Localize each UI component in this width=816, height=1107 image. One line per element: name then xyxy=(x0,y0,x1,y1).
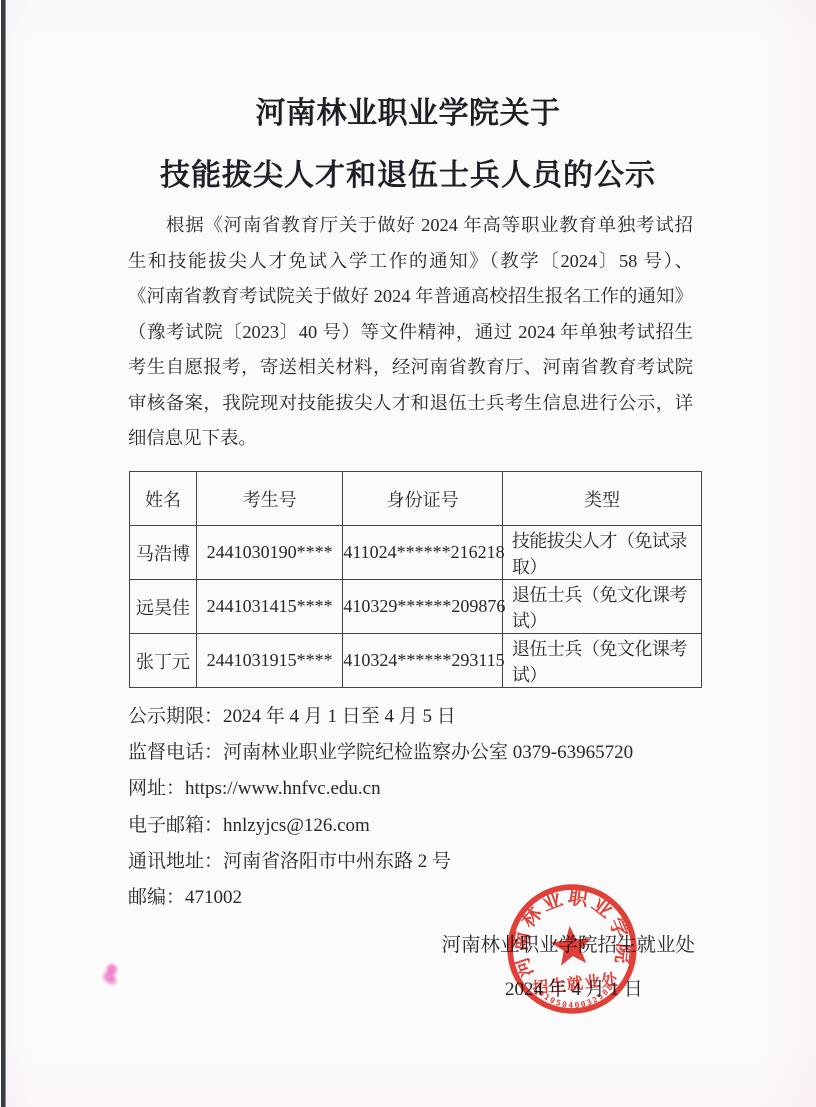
document-title-line2: 技能拔尖人才和退伍士兵人员的公示 xyxy=(0,156,816,196)
body-line: 生和技能拔尖人才免试入学工作的通知》（教学〔2024〕58 号）、 xyxy=(128,244,693,280)
body-line: 根据《河南省教育厅关于做好 2024 年高等职业教育单独考试招 xyxy=(128,208,693,244)
publicity-period-line: 公示期限：2024 年 4 月 1 日至 4 月 5 日 xyxy=(128,699,698,735)
cell-type: 退伍士兵（免文化课考试） xyxy=(502,580,701,634)
seal-star-icon xyxy=(549,924,594,967)
email-line: 电子邮箱：hnlzyjcs@126.com xyxy=(128,808,698,844)
table-header-row: 姓名 考生号 身份证号 类型 xyxy=(130,472,702,526)
body-line: 考生自愿报考，寄送相关材料，经河南省教育厅、河南省教育考试院 xyxy=(128,350,693,386)
body-line: 《河南省教育考试院关于做好 2024 年普通高校招生报名工作的通知》 xyxy=(128,279,693,315)
cell-exam-number: 2441030190**** xyxy=(196,526,342,580)
header-exam-number: 考生号 xyxy=(196,472,342,526)
scanned-document-page: { "title": { "line1": "河南林业职业学院关于", "lin… xyxy=(0,0,816,1107)
official-seal: 河南林业职业学院 招生就业处 4105040032588 xyxy=(490,867,655,1032)
header-id-number: 身份证号 xyxy=(343,472,503,526)
cell-exam-number: 2441031915**** xyxy=(196,634,342,688)
cell-name: 马浩博 xyxy=(130,526,197,580)
cell-id-number: 411024******216218 xyxy=(343,526,503,580)
header-name: 姓名 xyxy=(130,472,197,526)
cell-name: 张丁元 xyxy=(130,634,197,688)
candidate-table: 姓名 考生号 身份证号 类型 马浩博 2441030190**** 411024… xyxy=(129,471,702,688)
body-line: 审核备案，我院现对技能拔尖人才和退伍士兵考生信息进行公示，详 xyxy=(128,386,693,422)
table-row: 马浩博 2441030190**** 411024******216218 技能… xyxy=(130,526,702,580)
header-type: 类型 xyxy=(502,472,701,526)
cell-type: 退伍士兵（免文化课考试） xyxy=(502,634,701,688)
document-title-line1: 河南林业职业学院关于 xyxy=(0,96,816,132)
cell-id-number: 410329******209876 xyxy=(343,580,503,634)
body-line: （豫考试院〔2023〕40 号）等文件精神，通过 2024 年单独考试招生 xyxy=(128,315,693,351)
ink-smudge xyxy=(101,962,119,986)
supervision-phone-line: 监督电话：河南林业职业学院纪检监察办公室 0379-63965720 xyxy=(128,735,698,771)
cell-type: 技能拔尖人才（免试录取） xyxy=(502,526,701,580)
body-paragraph: 根据《河南省教育厅关于做好 2024 年高等职业教育单独考试招 生和技能拔尖人才… xyxy=(128,208,693,457)
body-line: 细信息见下表。 xyxy=(128,421,693,457)
scan-edge-strip xyxy=(0,0,6,1107)
cell-exam-number: 2441031415**** xyxy=(196,580,342,634)
table-row: 远昊佳 2441031415**** 410329******209876 退伍… xyxy=(130,580,702,634)
website-line: 网址：https://www.hnfvc.edu.cn xyxy=(128,771,698,807)
cell-name: 远昊佳 xyxy=(130,580,197,634)
table-row: 张丁元 2441031915**** 410324******293115 退伍… xyxy=(130,634,702,688)
cell-id-number: 410324******293115 xyxy=(343,634,503,688)
